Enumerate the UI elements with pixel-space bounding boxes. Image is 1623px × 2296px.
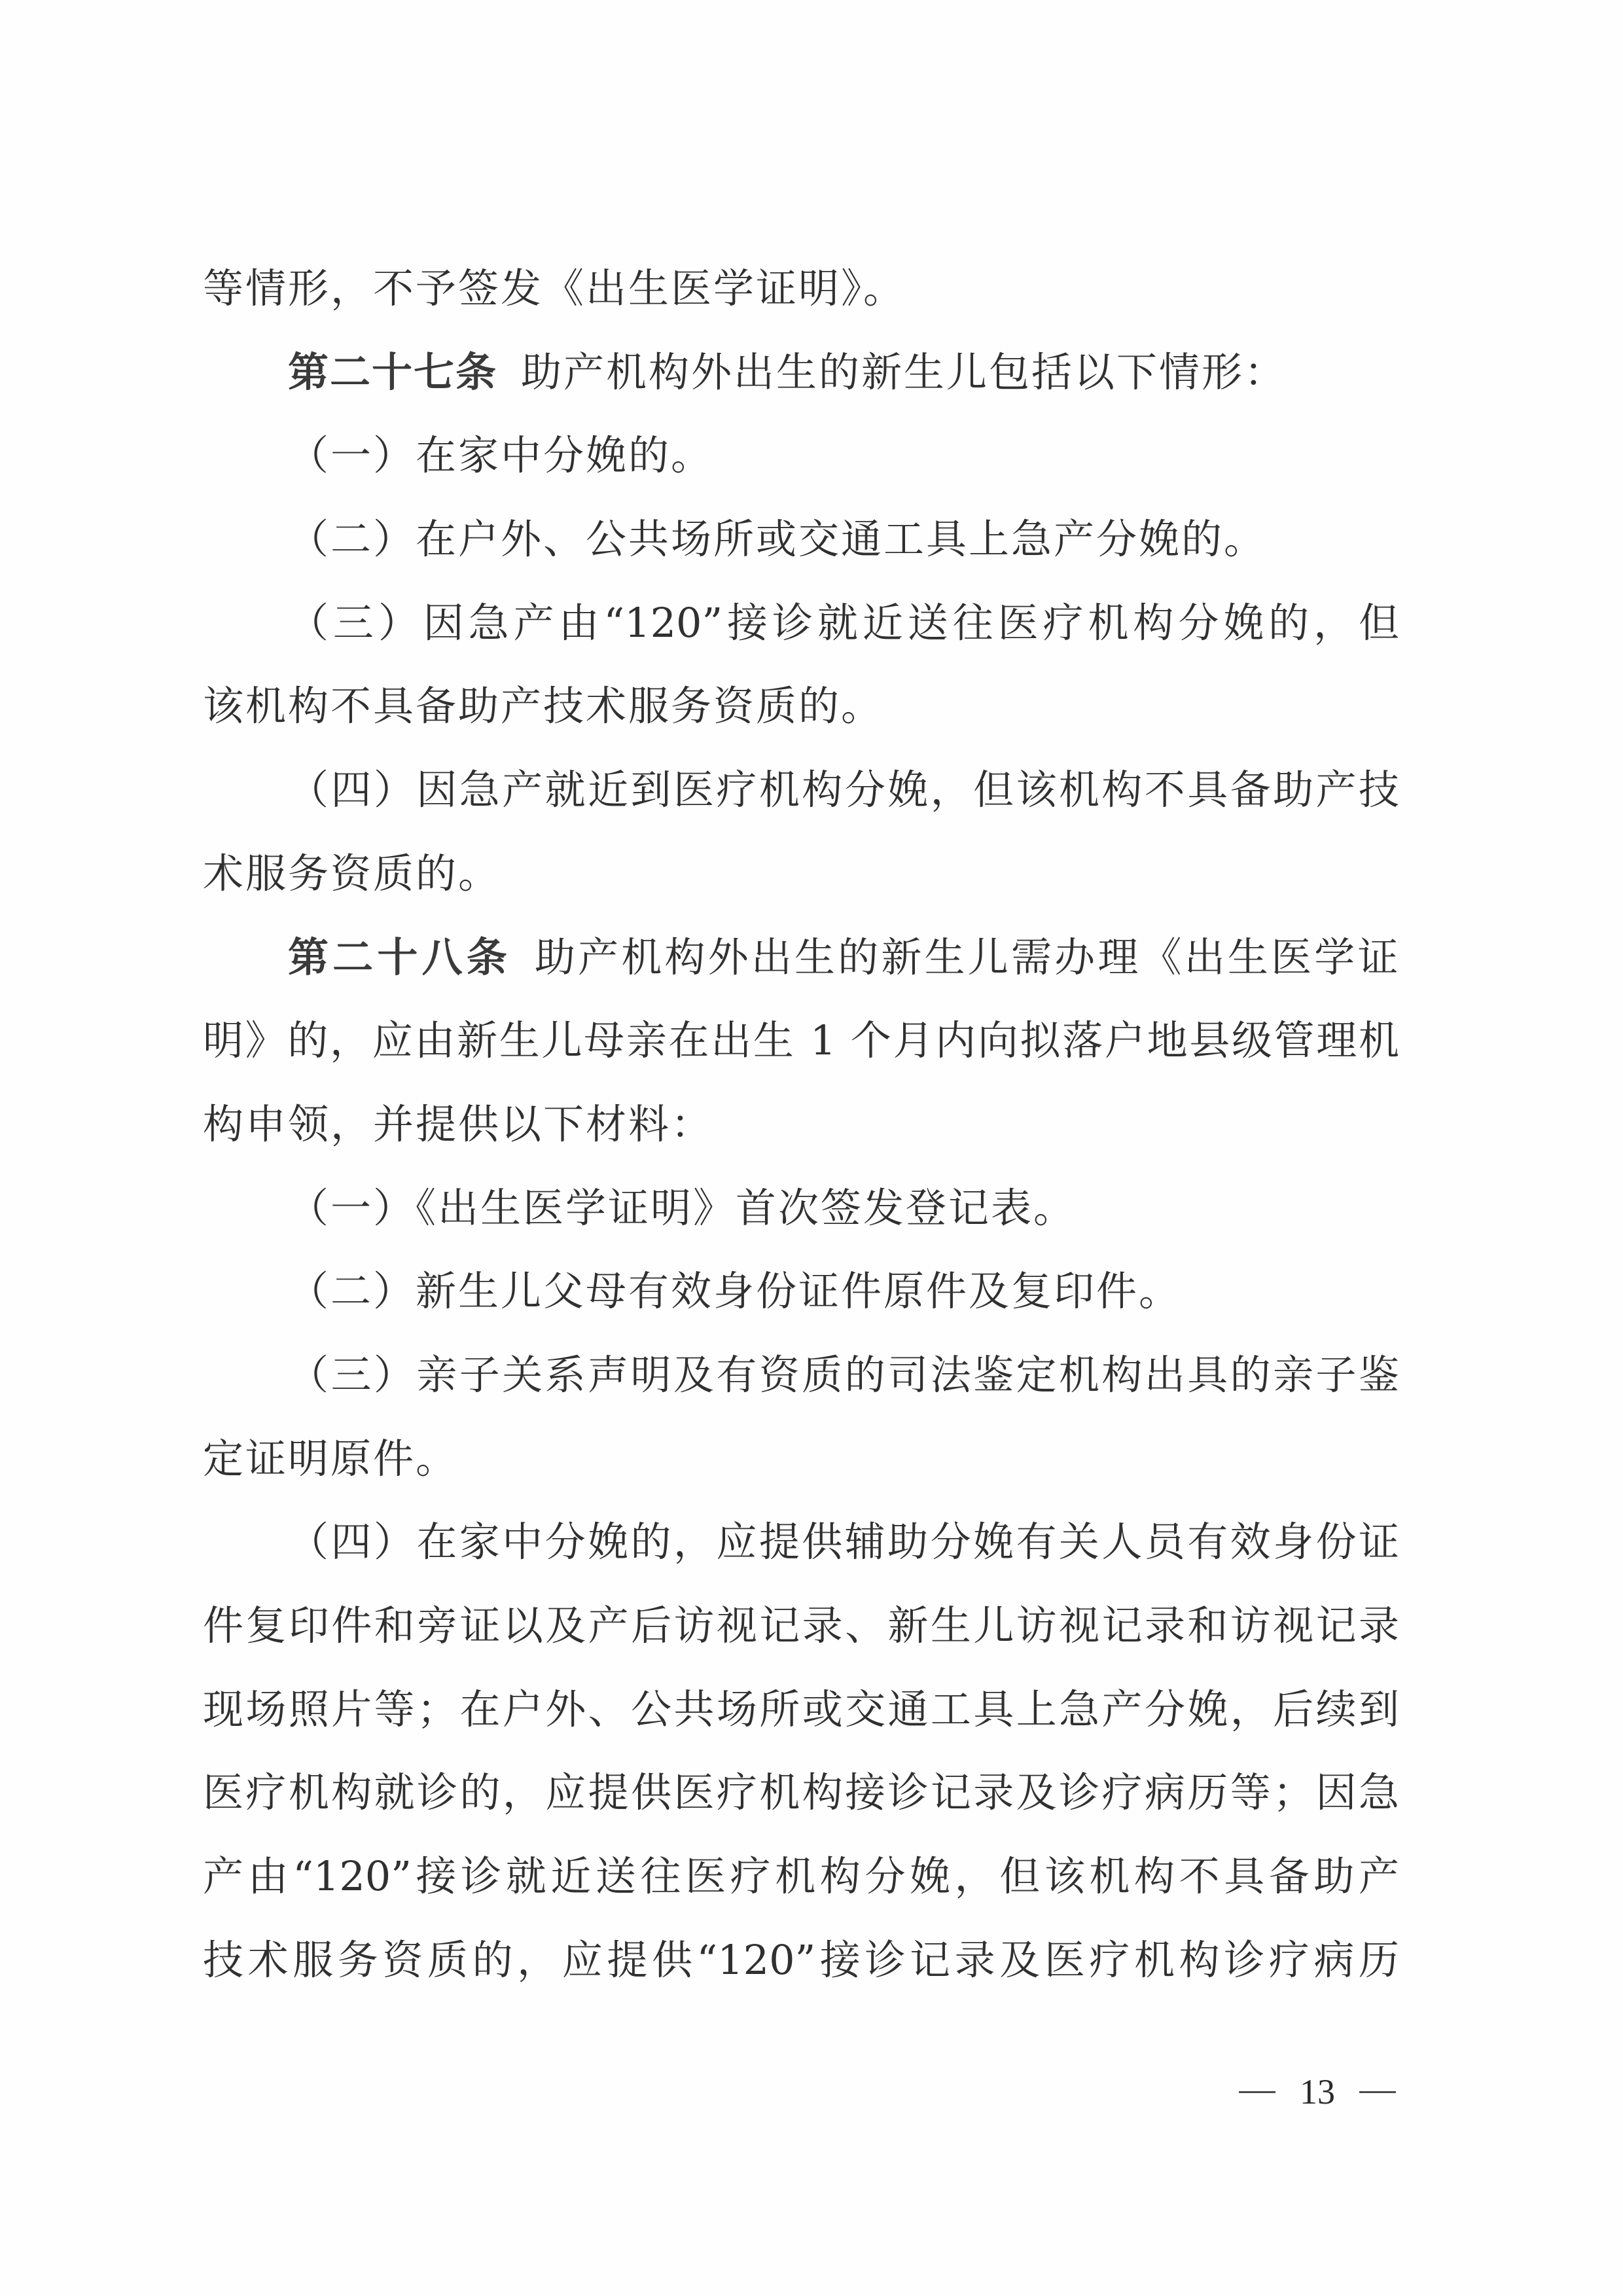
line-text: 术服务资质的。 [203,850,501,897]
paragraph-line: 产由“120”接诊就近送往医疗机构分娩，但该机构不具备助产 [203,1835,1399,1918]
paragraph-line: 现场照片等；在户外、公共场所或交通工具上急产分娩，后续到 [203,1668,1399,1751]
line-text: （一）在家中分娩的。 [288,431,713,479]
line-text: （三）亲子关系声明及有资质的司法鉴定机构出具的亲子鉴 [288,1351,1399,1399]
line-text: 等情形，不予签发《出生医学证明》。 [203,264,906,312]
line-text: （四）在家中分娩的，应提供辅助分娩有关人员有效身份证 [288,1518,1399,1566]
paragraph-line: 明》的，应由新生儿母亲在出生 1 个月内向拟落户地县级管理机 [203,999,1399,1083]
line-text: 定证明原件。 [203,1435,458,1482]
article-number: 第二十八条 [288,933,511,981]
body-text: 等情形，不予签发《出生医学证明》。 第二十七条助产机构外出生的新生儿包括以下情形… [203,247,1399,2001]
list-item-line: （二）在户外、公共场所或交通工具上急产分娩的。 [203,497,1399,581]
line-text: 技术服务资质的，应提供“120”接诊记录及医疗机构诊疗病历 [203,1936,1399,1984]
line-text: （二）新生儿父母有效身份证件原件及复印件。 [288,1267,1181,1315]
line-text: 件复印件和旁证以及产后访视记录、新生儿访视记录和访视记录 [203,1602,1399,1649]
paragraph-line: 构申领，并提供以下材料： [203,1083,1399,1166]
line-text: 助产机构外出生的新生儿需办理《出生医学证 [535,933,1399,981]
page-number: 13 [1239,2068,1396,2115]
list-item-line: （三）因急产由“120”接诊就近送往医疗机构分娩的，但 [203,581,1399,665]
line-text: （四）因急产就近到医疗机构分娩，但该机构不具备助产技 [288,766,1399,814]
page-number-value: 13 [1300,2068,1335,2115]
paragraph-line: 件复印件和旁证以及产后访视记录、新生儿访视记录和访视记录 [203,1584,1399,1668]
line-text: （二）在户外、公共场所或交通工具上急产分娩的。 [288,515,1266,563]
line-text: 助产机构外出生的新生儿包括以下情形： [521,348,1287,396]
line-text: 医疗机构就诊的，应提供医疗机构接诊记录及诊疗病历等；因急 [203,1768,1399,1816]
article-number: 第二十七条 [288,348,497,396]
page-number-left-dash [1239,2091,1275,2093]
article-27-heading-line: 第二十七条助产机构外出生的新生儿包括以下情形： [203,331,1399,414]
list-item-line: （四）在家中分娩的，应提供辅助分娩有关人员有效身份证 [203,1500,1399,1584]
paragraph-line: 术服务资质的。 [203,832,1399,916]
article-28-heading-line: 第二十八条助产机构外出生的新生儿需办理《出生医学证 [203,916,1399,999]
line-text: 明》的，应由新生儿母亲在出生 1 个月内向拟落户地县级管理机 [203,1016,1399,1064]
paragraph-line: 定证明原件。 [203,1417,1399,1501]
line-text: 产由“120”接诊就近送往医疗机构分娩，但该机构不具备助产 [203,1852,1399,1900]
list-item-line: （一）在家中分娩的。 [203,414,1399,497]
line-text: 现场照片等；在户外、公共场所或交通工具上急产分娩，后续到 [203,1685,1399,1733]
page-number-right-dash [1359,2091,1396,2093]
paragraph-line: 技术服务资质的，应提供“120”接诊记录及医疗机构诊疗病历 [203,1918,1399,2002]
document-page: 等情形，不予签发《出生医学证明》。 第二十七条助产机构外出生的新生儿包括以下情形… [0,0,1623,2296]
paragraph-line: 等情形，不予签发《出生医学证明》。 [203,247,1399,331]
paragraph-line: 医疗机构就诊的，应提供医疗机构接诊记录及诊疗病历等；因急 [203,1751,1399,1835]
line-text: 该机构不具备助产技术服务资质的。 [203,682,883,730]
line-text: 构申领，并提供以下材料： [203,1100,713,1148]
line-text: （三）因急产由“120”接诊就近送往医疗机构分娩的，但 [288,599,1399,647]
list-item-line: （三）亲子关系声明及有资质的司法鉴定机构出具的亲子鉴 [203,1333,1399,1417]
line-text: （一）《出生医学证明》首次签发登记表。 [288,1184,1076,1232]
list-item-line: （二）新生儿父母有效身份证件原件及复印件。 [203,1249,1399,1333]
paragraph-line: 该机构不具备助产技术服务资质的。 [203,664,1399,748]
list-item-line: （一）《出生医学证明》首次签发登记表。 [203,1166,1399,1250]
list-item-line: （四）因急产就近到医疗机构分娩，但该机构不具备助产技 [203,748,1399,832]
